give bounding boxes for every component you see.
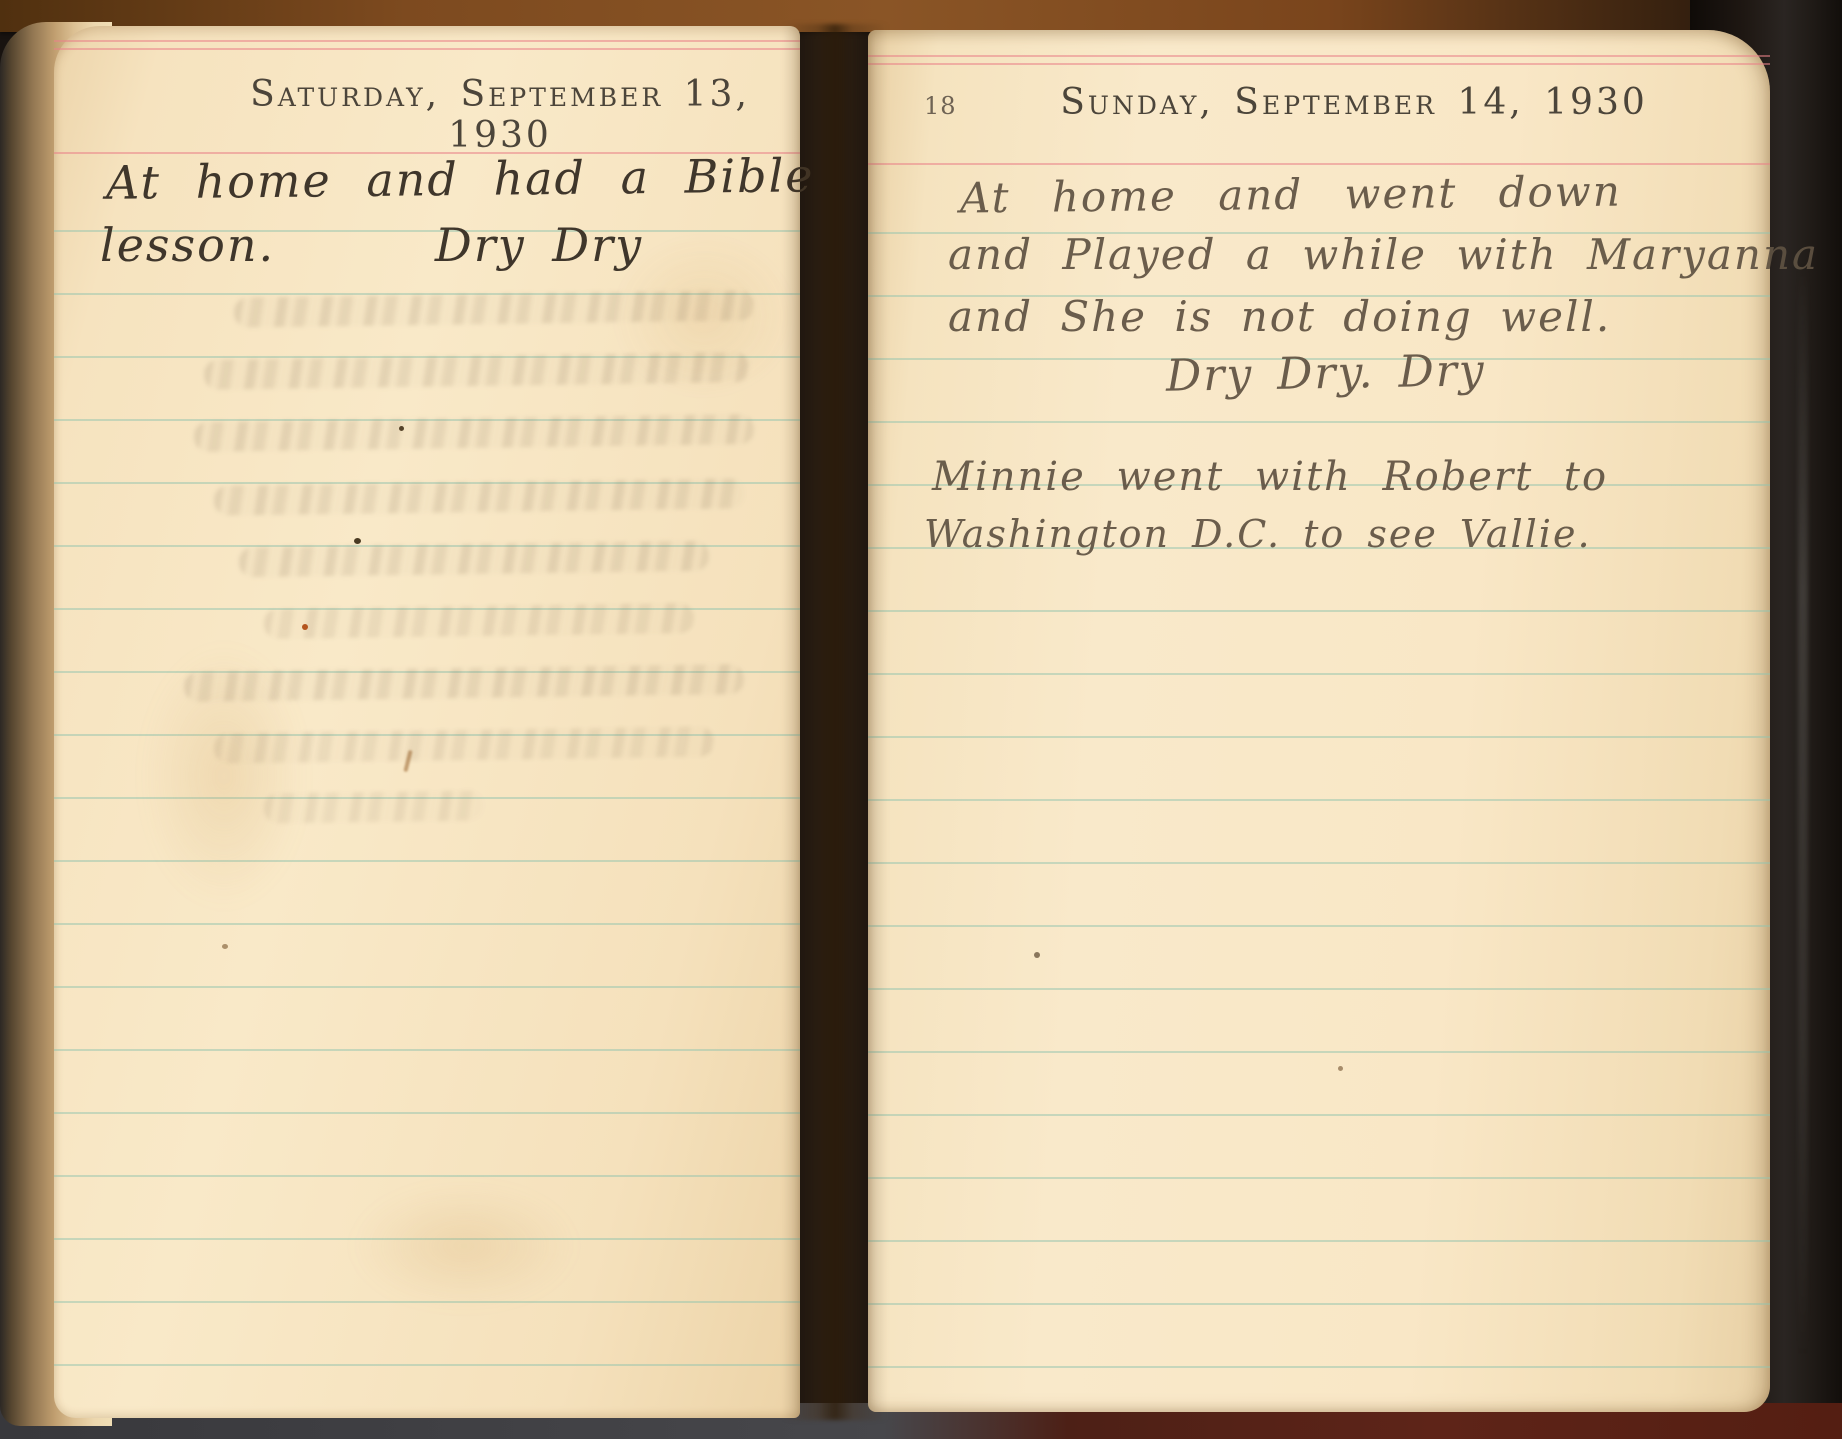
top-margin-line [54,40,800,42]
paper-stain [354,1186,574,1306]
handwritten-entry-line: Washington D.C. to see Vallie. [924,512,1592,556]
ink-speck [1034,952,1040,958]
page-edge-highlight [1798,260,1808,1360]
header-underline [868,163,1770,165]
left-page: Saturday, September 13, 1930 At home and… [54,26,800,1418]
right-page-date-header: Sunday, September 14, 1930 [868,82,1770,123]
handwritten-entry-line: lesson. Dry Dry [100,218,643,272]
left-page-date-header: Saturday, September 13, 1930 [54,74,800,156]
handwritten-entry-line: Dry Dry. Dry [1166,345,1486,402]
top-margin-line [868,63,1770,65]
handwritten-entry-line: and Played a while with Maryanna [948,230,1819,279]
right-page: 18 Sunday, September 14, 1930 At home an… [868,30,1770,1412]
ink-speck [354,538,361,544]
diary-scan: Saturday, September 13, 1930 At home and… [0,0,1842,1439]
ink-speck [399,426,404,431]
ink-bleed-through [264,790,484,823]
ink-speck [222,944,228,949]
ink-speck [302,624,308,630]
handwritten-entry-line: and She is not doing well. [948,292,1611,341]
handwritten-entry-line: At home and had a Bible [106,148,815,209]
ink-bleed-through [264,603,694,639]
top-margin-line [868,55,1770,57]
handwritten-entry-line: At home and went down [960,167,1622,223]
top-margin-line [54,48,800,50]
ruled-lines [868,232,1770,1372]
ink-speck [1338,1066,1343,1071]
handwritten-entry-line: Minnie went with Robert to [932,454,1608,500]
